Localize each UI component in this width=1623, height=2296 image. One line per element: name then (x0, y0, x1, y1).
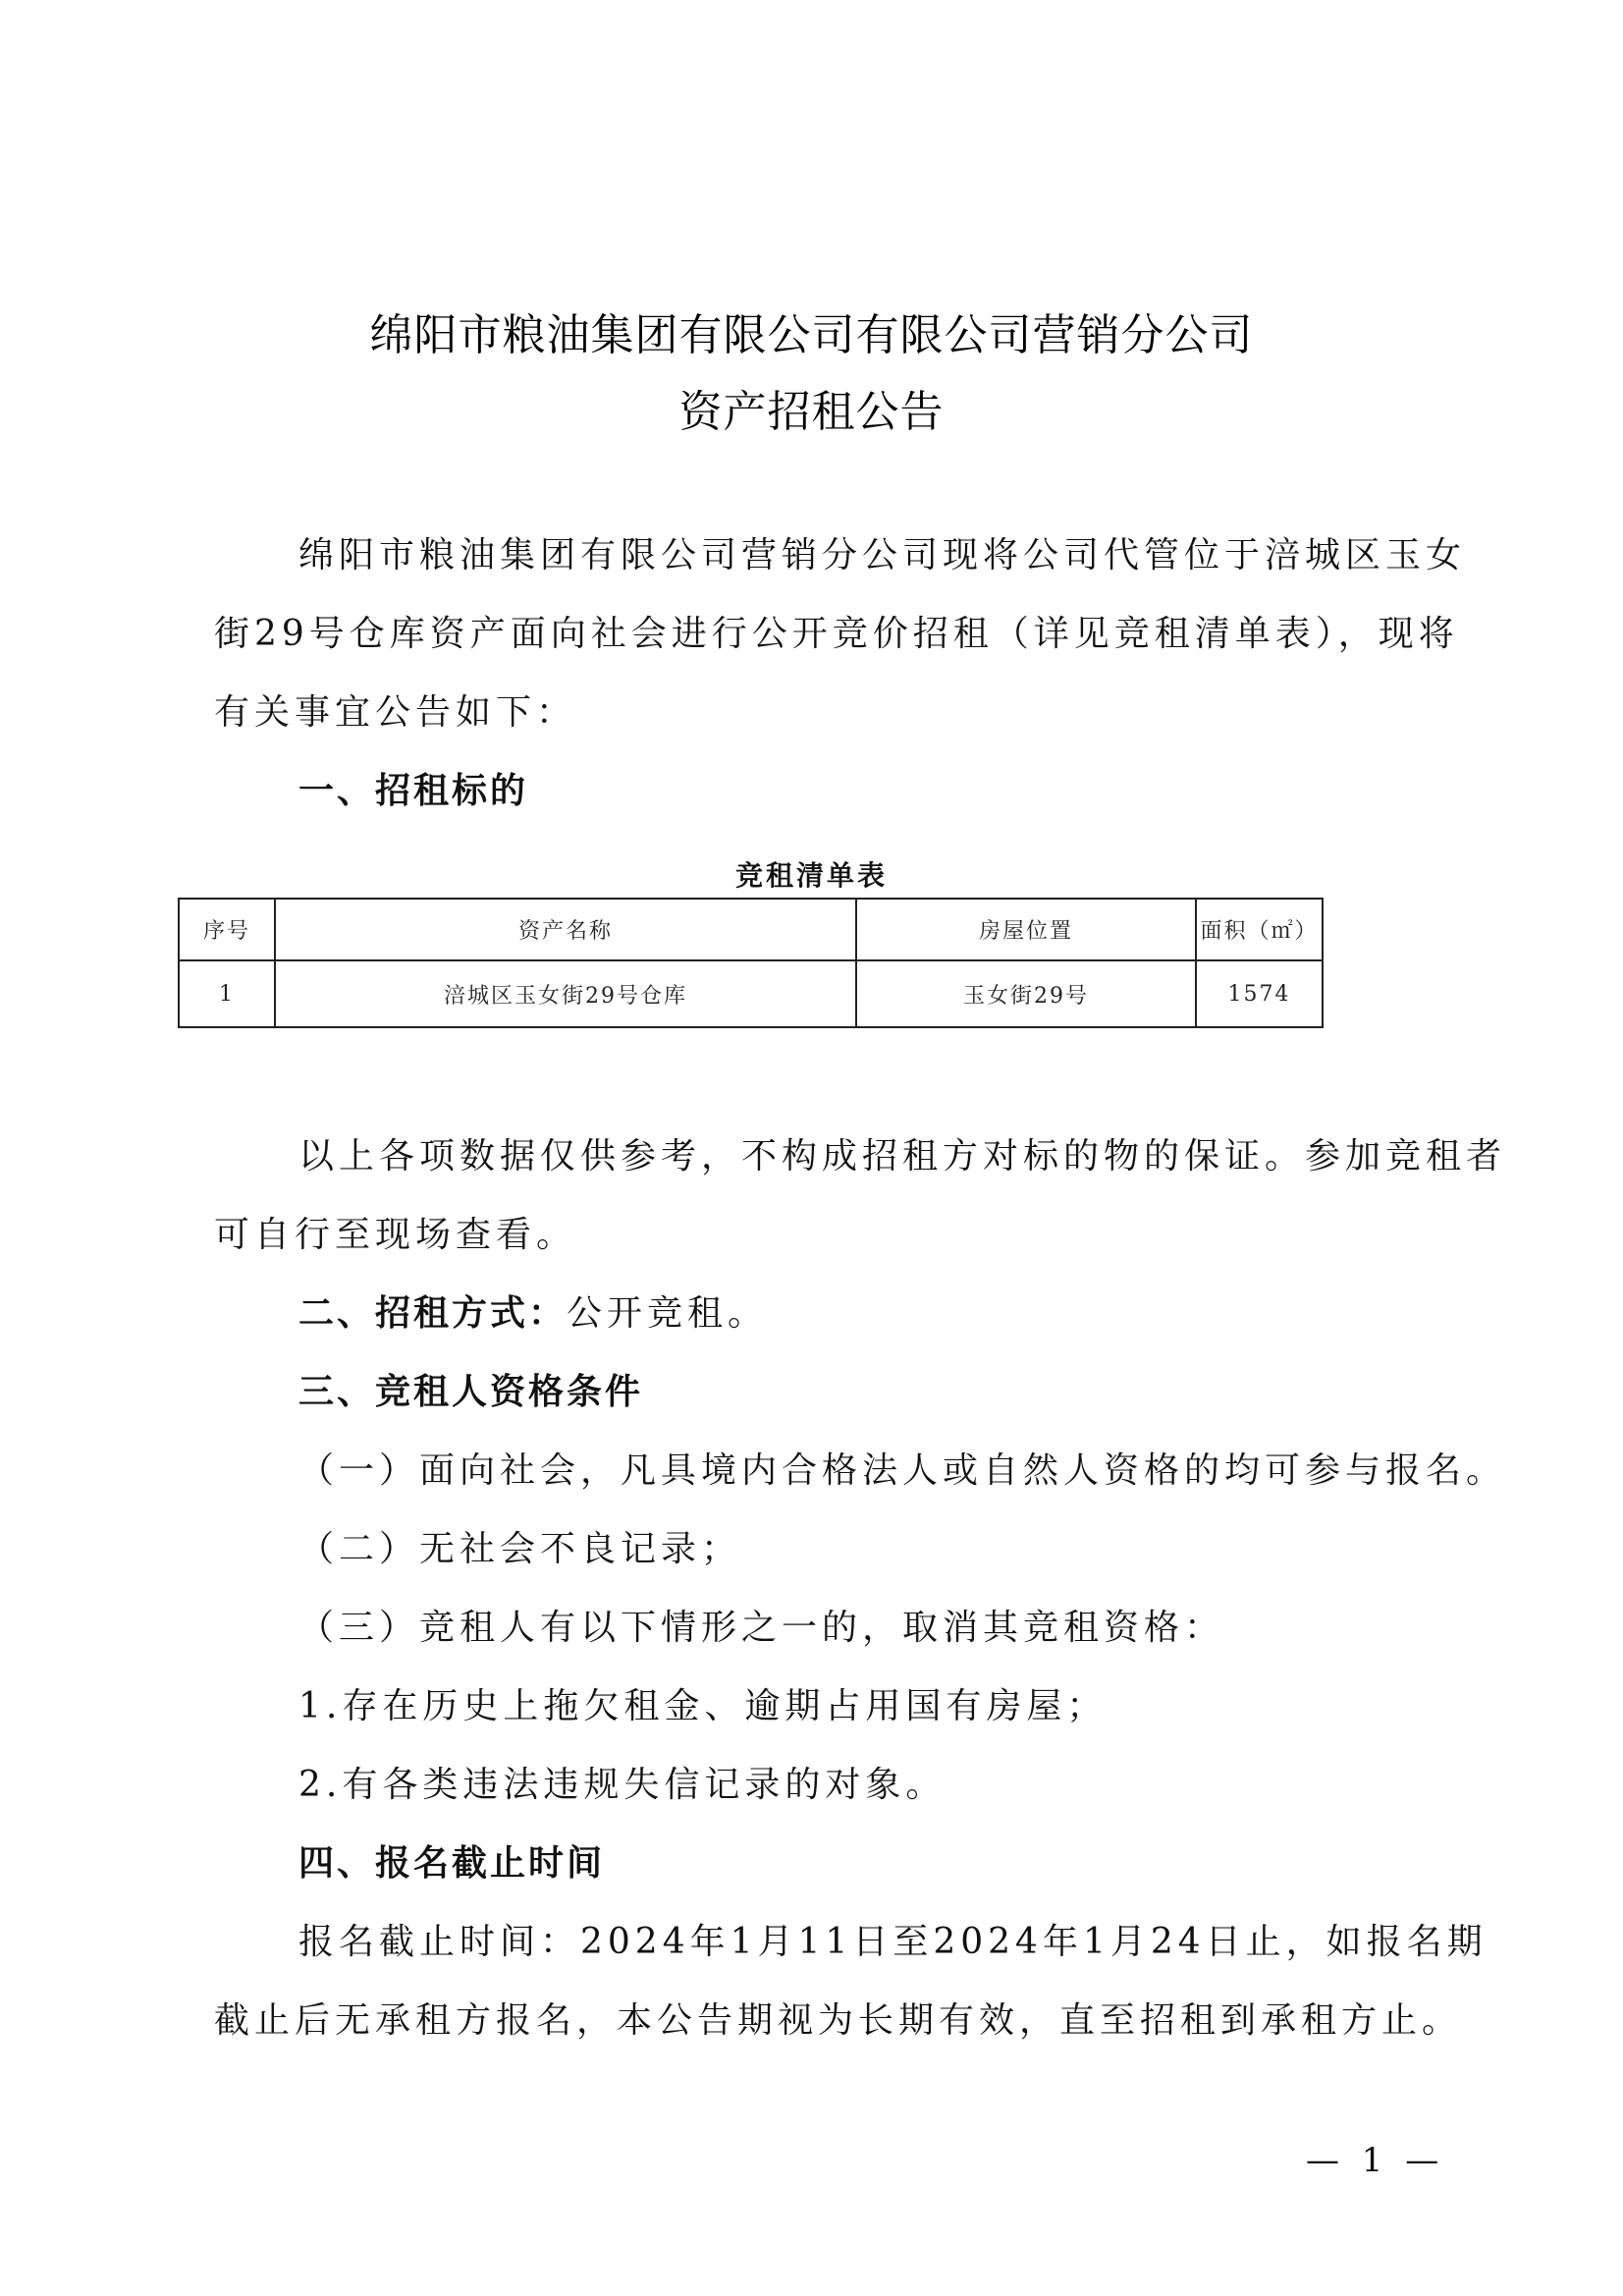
cell-area: 1574 (1196, 960, 1323, 1027)
section1-heading: 一、招租标的 (214, 764, 1516, 819)
section4-heading: 四、报名截止时间 (214, 1836, 1516, 1891)
header-index: 序号 (179, 899, 275, 960)
section4-line-2: 截止后无承租方报名，本公告期视为长期有效，直至招租到承租方止。 (214, 1994, 1432, 2049)
disclaimer-line-2: 可自行至现场查看。 (214, 1208, 1432, 1263)
intro-line-2: 街29号仓库资产面向社会进行公开竞价招租（详见竞租清单表），现将 (214, 607, 1432, 662)
section3-item-1: （一）面向社会，凡具境内合格法人或自然人资格的均可参与报名。 (214, 1444, 1516, 1499)
section4-line-1: 报名截止时间：2024年1月11日至2024年1月24日止，如报名期 (214, 1915, 1516, 1970)
section2-heading: 二、招租方式： (298, 1293, 567, 1334)
table-header-row: 序号 资产名称 房屋位置 面积（㎡） (179, 899, 1323, 960)
intro-line-1: 绵阳市粮油集团有限公司营销分公司现将公司代管位于涪城区玉女 (214, 528, 1516, 583)
document-page: 绵阳市粮油集团有限公司有限公司营销分公司 资产招租公告 绵阳市粮油集团有限公司营… (0, 0, 1623, 2296)
section2-text: 公开竞租。 (567, 1293, 768, 1334)
cell-asset-name: 涪城区玉女街29号仓库 (275, 960, 856, 1027)
cell-location: 玉女街29号 (856, 960, 1196, 1027)
section2: 二、招租方式：公开竞租。 (214, 1286, 1516, 1341)
header-location: 房屋位置 (856, 899, 1196, 960)
section3-subitem-1: 1.存在历史上拖欠租金、逾期占用国有房屋； (214, 1679, 1516, 1734)
page-number: — 1 — (1306, 2141, 1444, 2180)
table-row: 1 涪城区玉女街29号仓库 玉女街29号 1574 (179, 960, 1323, 1027)
intro-line-3: 有关事宜公告如下： (214, 685, 1432, 740)
section3-item-3: （三）竞租人有以下情形之一的，取消其竞租资格： (214, 1601, 1516, 1656)
table-caption: 竞租清单表 (0, 854, 1623, 894)
disclaimer-line-1: 以上各项数据仅供参考，不构成招租方对标的物的保证。参加竞租者 (214, 1129, 1516, 1184)
document-title-line2: 资产招租公告 (0, 376, 1623, 439)
section3-item-2: （二）无社会不良记录； (214, 1522, 1516, 1577)
rental-list-table: 序号 资产名称 房屋位置 面积（㎡） 1 涪城区玉女街29号仓库 玉女街29号 … (178, 898, 1324, 1028)
section3-heading: 三、竞租人资格条件 (214, 1365, 1516, 1420)
cell-index: 1 (179, 960, 275, 1027)
section3-subitem-2: 2.有各类违法违规失信记录的对象。 (214, 1758, 1516, 1813)
document-title-line1: 绵阳市粮油集团有限公司有限公司营销分公司 (0, 300, 1623, 362)
header-area: 面积（㎡） (1196, 899, 1323, 960)
header-asset-name: 资产名称 (275, 899, 856, 960)
